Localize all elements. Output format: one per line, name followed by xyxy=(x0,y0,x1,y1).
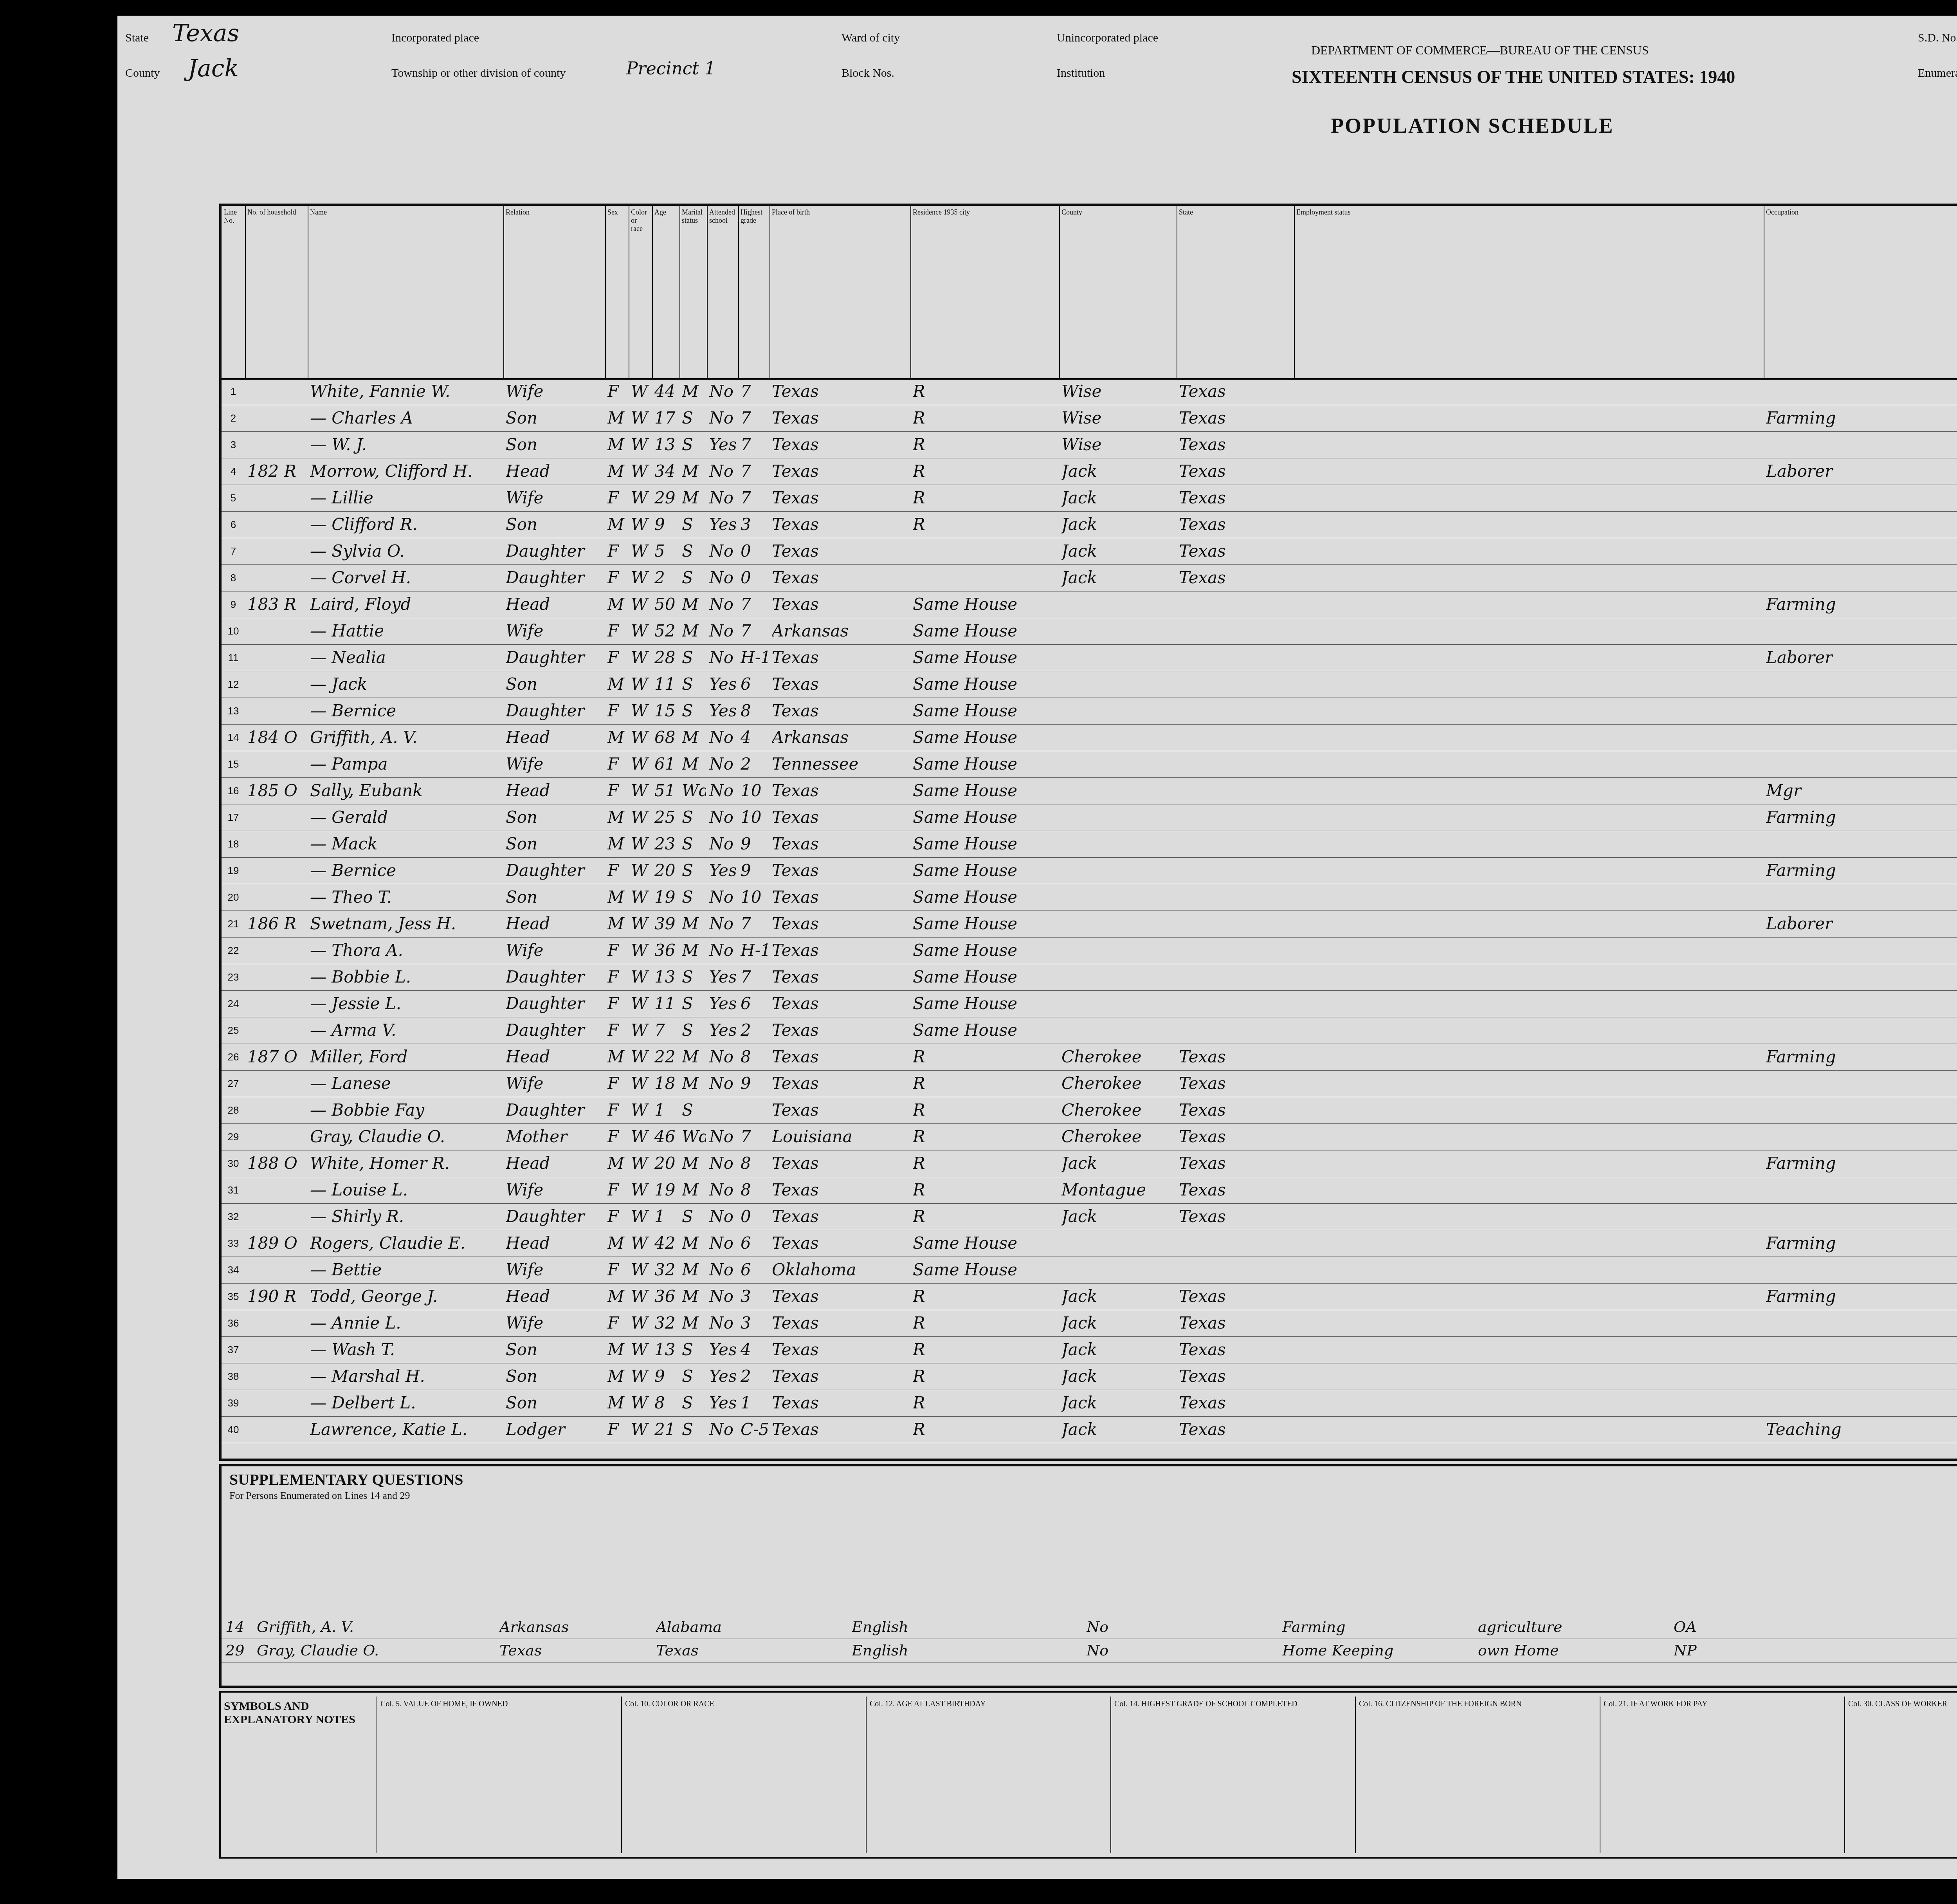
cell-relation: Wife xyxy=(506,618,604,644)
cell-name: — Bobbie Fay xyxy=(310,1097,503,1123)
cell-household: 184 O xyxy=(247,724,307,751)
cell-race: W xyxy=(631,1363,651,1390)
cell-res-city: R xyxy=(913,405,1058,431)
supp-cell-name: Gray, Claudie O. xyxy=(257,1639,492,1662)
line-number: 40 xyxy=(222,1416,245,1443)
cell-household xyxy=(247,1123,307,1150)
cell-school: Yes xyxy=(709,964,737,990)
cell-grade: 7 xyxy=(741,485,769,511)
cell-res-state xyxy=(1179,724,1293,751)
cell-birth: Texas xyxy=(772,1017,910,1044)
cell-sex: F xyxy=(607,1123,628,1150)
cell-name: — Lanese xyxy=(310,1070,503,1097)
cell-grade: 7 xyxy=(741,405,769,431)
cell-relation: Wife xyxy=(506,1177,604,1203)
cell-grade: 8 xyxy=(741,1150,769,1177)
ward-label: Ward of city xyxy=(842,31,900,45)
cell-marital: S xyxy=(682,1363,706,1390)
cell-household xyxy=(247,1017,307,1044)
cell-res-state: Texas xyxy=(1179,1203,1293,1230)
cell-school: No xyxy=(709,538,737,564)
cell-occupation xyxy=(1766,831,1957,857)
cell-res-state: Texas xyxy=(1179,485,1293,511)
column-headers: Line No. No. of household Name Relation … xyxy=(222,206,1957,380)
cell-household xyxy=(247,884,307,911)
cell-birth: Texas xyxy=(772,831,910,857)
cell-sex: M xyxy=(607,1150,628,1177)
cell-race: W xyxy=(631,1283,651,1310)
cell-res-state: Texas xyxy=(1179,1123,1293,1150)
cell-household xyxy=(247,831,307,857)
supplementary-section: SUPPLEMENTARY QUESTIONS For Persons Enum… xyxy=(219,1464,1957,1688)
cell-grade: 1 xyxy=(741,1390,769,1416)
cell-res-county: Jack xyxy=(1061,538,1176,564)
cell-sex: M xyxy=(607,1336,628,1363)
cell-birth: Texas xyxy=(772,485,910,511)
supp-cell-occupation: Farming xyxy=(1282,1615,1478,1639)
cell-birth: Texas xyxy=(772,1070,910,1097)
institution-label: Institution xyxy=(1057,67,1105,80)
cell-occupation: Laborer xyxy=(1766,458,1957,485)
explanatory-notes: SYMBOLS AND EXPLANATORY NOTES Col. 5. VA… xyxy=(219,1691,1957,1859)
cell-sex: F xyxy=(607,777,628,804)
cell-marital: M xyxy=(682,751,706,777)
table-row: 28— Bobbie FayDaughterFW1STexasRCherokee… xyxy=(222,1097,1957,1124)
cell-res-county xyxy=(1061,937,1176,964)
cell-sex: F xyxy=(607,937,628,964)
cell-birth: Oklahoma xyxy=(772,1257,910,1283)
cell-res-state: Texas xyxy=(1179,431,1293,458)
cell-race: W xyxy=(631,911,651,937)
cell-res-state xyxy=(1179,591,1293,618)
cell-grade: 0 xyxy=(741,564,769,591)
cell-res-city: R xyxy=(913,1123,1058,1150)
line-number: 15 xyxy=(222,751,245,777)
cell-occupation: Farming xyxy=(1766,857,1957,884)
cell-relation: Wife xyxy=(506,1257,604,1283)
cell-age: 29 xyxy=(654,485,679,511)
cell-household xyxy=(247,538,307,564)
cell-household xyxy=(247,1336,307,1363)
cell-occupation xyxy=(1766,1390,1957,1416)
cell-res-county xyxy=(1061,990,1176,1017)
cell-grade: H-1 xyxy=(741,644,769,671)
cell-relation: Daughter xyxy=(506,857,604,884)
cell-grade: 6 xyxy=(741,671,769,698)
cell-race: W xyxy=(631,671,651,698)
cell-res-city: Same House xyxy=(913,964,1058,990)
cell-relation: Daughter xyxy=(506,644,604,671)
cell-school: Yes xyxy=(709,1336,737,1363)
line-number: 7 xyxy=(222,538,245,564)
cell-grade: 9 xyxy=(741,857,769,884)
cell-birth: Texas xyxy=(772,1283,910,1310)
cell-grade: 4 xyxy=(741,1336,769,1363)
line-number: 35 xyxy=(222,1283,245,1310)
cell-relation: Wife xyxy=(506,378,604,405)
cell-grade: 6 xyxy=(741,1257,769,1283)
cell-sex: M xyxy=(607,511,628,538)
table-row: 31— Louise L.WifeFW19MNo8TexasRMontagueT… xyxy=(222,1177,1957,1204)
cell-grade: 7 xyxy=(741,431,769,458)
cell-age: 32 xyxy=(654,1257,679,1283)
cell-res-county xyxy=(1061,804,1176,831)
cell-relation: Head xyxy=(506,1150,604,1177)
table-row: 1White, Fannie W.WifeFW44MNo7TexasRWiseT… xyxy=(222,378,1957,405)
table-row: 23— Bobbie L.DaughterFW13SYes7TexasSame … xyxy=(222,964,1957,991)
line-number: 11 xyxy=(222,644,245,671)
cell-birth: Texas xyxy=(772,1177,910,1203)
cell-res-state: Texas xyxy=(1179,511,1293,538)
cell-race: W xyxy=(631,1044,651,1070)
cell-marital: S xyxy=(682,1017,706,1044)
cell-school: No xyxy=(709,751,737,777)
cell-sex: F xyxy=(607,1416,628,1443)
line-number: 27 xyxy=(222,1070,245,1097)
cell-marital: M xyxy=(682,724,706,751)
cell-grade: 10 xyxy=(741,777,769,804)
cell-marital: S xyxy=(682,964,706,990)
line-number: 17 xyxy=(222,804,245,831)
line-number: 18 xyxy=(222,831,245,857)
line-number: 1 xyxy=(222,378,245,405)
cell-birth: Texas xyxy=(772,884,910,911)
cell-name: — Pampa xyxy=(310,751,503,777)
cell-relation: Head xyxy=(506,1230,604,1257)
cell-marital: M xyxy=(682,1257,706,1283)
col-occupation: Occupation xyxy=(1764,206,1957,219)
note-block: Col. 21. IF AT WORK FOR PAY xyxy=(1600,1697,1845,1853)
cell-name: Sally, Eubank xyxy=(310,777,503,804)
table-row: 12— JackSonMW11SYes6TexasSame House xyxy=(222,671,1957,698)
cell-name: Gray, Claudie O. xyxy=(310,1123,503,1150)
cell-age: 21 xyxy=(654,1416,679,1443)
cell-res-state: Texas xyxy=(1179,1070,1293,1097)
cell-res-city: Same House xyxy=(913,911,1058,937)
cell-grade: 2 xyxy=(741,1017,769,1044)
cell-birth: Texas xyxy=(772,564,910,591)
cell-name: — Gerald xyxy=(310,804,503,831)
cell-name: — Hattie xyxy=(310,618,503,644)
cell-occupation: Farming xyxy=(1766,591,1957,618)
cell-birth: Tennessee xyxy=(772,751,910,777)
cell-res-county: Jack xyxy=(1061,485,1176,511)
cell-household xyxy=(247,1070,307,1097)
cell-grade: 3 xyxy=(741,1310,769,1336)
cell-relation: Son xyxy=(506,671,604,698)
cell-name: — Bernice xyxy=(310,857,503,884)
line-number: 23 xyxy=(222,964,245,990)
cell-res-city: Same House xyxy=(913,990,1058,1017)
cell-name: Swetnam, Jess H. xyxy=(310,911,503,937)
cell-res-county: Jack xyxy=(1061,1203,1176,1230)
cell-sex: M xyxy=(607,911,628,937)
cell-relation: Daughter xyxy=(506,990,604,1017)
cell-res-state xyxy=(1179,804,1293,831)
cell-race: W xyxy=(631,857,651,884)
cell-grade: 0 xyxy=(741,538,769,564)
cell-res-state xyxy=(1179,1017,1293,1044)
cell-res-state: Texas xyxy=(1179,1044,1293,1070)
cell-relation: Wife xyxy=(506,751,604,777)
cell-race: W xyxy=(631,1230,651,1257)
line-number: 8 xyxy=(222,564,245,591)
cell-res-state xyxy=(1179,831,1293,857)
cell-grade: 6 xyxy=(741,1230,769,1257)
cell-birth: Texas xyxy=(772,1390,910,1416)
cell-relation: Son xyxy=(506,1336,604,1363)
cell-household: 183 R xyxy=(247,591,307,618)
cell-birth: Texas xyxy=(772,1044,910,1070)
cell-occupation xyxy=(1766,724,1957,751)
line-number: 24 xyxy=(222,990,245,1017)
cell-occupation xyxy=(1766,511,1957,538)
cell-grade: H-1 xyxy=(741,937,769,964)
cell-occupation xyxy=(1766,1363,1957,1390)
cell-res-county: Cherokee xyxy=(1061,1097,1176,1123)
cell-name: — Clifford R. xyxy=(310,511,503,538)
cell-household: 186 R xyxy=(247,911,307,937)
cell-age: 51 xyxy=(654,777,679,804)
table-row: 38— Marshal H.SonMW9SYes2TexasRJackTexas xyxy=(222,1363,1957,1390)
cell-res-state xyxy=(1179,644,1293,671)
cell-res-county: Wise xyxy=(1061,431,1176,458)
cell-res-county xyxy=(1061,777,1176,804)
cell-sex: M xyxy=(607,405,628,431)
cell-household xyxy=(247,1416,307,1443)
cell-race: W xyxy=(631,1150,651,1177)
state-label: State xyxy=(125,31,149,45)
cell-grade: 3 xyxy=(741,511,769,538)
cell-school: No xyxy=(709,804,737,831)
cell-sex: F xyxy=(607,990,628,1017)
cell-age: 13 xyxy=(654,964,679,990)
cell-res-county: Jack xyxy=(1061,1416,1176,1443)
cell-relation: Head xyxy=(506,911,604,937)
cell-marital: S xyxy=(682,857,706,884)
supp-cell-mother-birth: Alabama xyxy=(656,1615,813,1639)
cell-res-county: Jack xyxy=(1061,564,1176,591)
cell-household xyxy=(247,1257,307,1283)
cell-race: W xyxy=(631,804,651,831)
cell-relation: Son xyxy=(506,431,604,458)
cell-age: 18 xyxy=(654,1070,679,1097)
cell-name: — Charles A xyxy=(310,405,503,431)
line-number: 25 xyxy=(222,1017,245,1044)
cell-household xyxy=(247,671,307,698)
table-row: 36— Annie L.WifeFW32MNo3TexasRJackTexas xyxy=(222,1310,1957,1337)
table-row: 14184 OGriffith, A. V.HeadMW68MNo4Arkans… xyxy=(222,724,1957,751)
cell-school: Yes xyxy=(709,431,737,458)
cell-race: W xyxy=(631,777,651,804)
cell-school: Yes xyxy=(709,857,737,884)
cell-grade: 2 xyxy=(741,1363,769,1390)
line-number: 16 xyxy=(222,777,245,804)
cell-sex: F xyxy=(607,1177,628,1203)
cell-occupation: Teaching xyxy=(1766,1416,1957,1443)
cell-age: 23 xyxy=(654,831,679,857)
cell-name: — Marshal H. xyxy=(310,1363,503,1390)
col-marital: Marital status xyxy=(679,206,707,227)
cell-birth: Texas xyxy=(772,671,910,698)
cell-age: 13 xyxy=(654,1336,679,1363)
col-res-state: State xyxy=(1177,206,1294,219)
line-number: 6 xyxy=(222,511,245,538)
line-number: 39 xyxy=(222,1390,245,1416)
cell-race: W xyxy=(631,1123,651,1150)
table-row: 24— Jessie L.DaughterFW11SYes6TexasSame … xyxy=(222,990,1957,1017)
line-number: 14 xyxy=(222,724,245,751)
county-label: County xyxy=(125,67,160,80)
cell-birth: Texas xyxy=(772,990,910,1017)
cell-grade: 2 xyxy=(741,751,769,777)
table-row: 26187 OMiller, FordHeadMW22MNo8TexasRChe… xyxy=(222,1044,1957,1071)
cell-age: 36 xyxy=(654,1283,679,1310)
cell-age: 25 xyxy=(654,804,679,831)
cell-name: Griffith, A. V. xyxy=(310,724,503,751)
cell-res-state xyxy=(1179,698,1293,724)
cell-res-state: Texas xyxy=(1179,1310,1293,1336)
cell-relation: Daughter xyxy=(506,1203,604,1230)
cell-school: Yes xyxy=(709,1017,737,1044)
cell-res-state xyxy=(1179,990,1293,1017)
table-row: 33189 ORogers, Claudie E.HeadMW42MNo6Tex… xyxy=(222,1230,1957,1257)
cell-school: No xyxy=(709,644,737,671)
cell-occupation: Laborer xyxy=(1766,644,1957,671)
cell-grade: 6 xyxy=(741,990,769,1017)
cell-marital: M xyxy=(682,937,706,964)
table-row: 15— PampaWifeFW61MNo2TennesseeSame House xyxy=(222,751,1957,778)
cell-grade: 7 xyxy=(741,591,769,618)
table-row: 18— MackSonMW23SNo9TexasSame House xyxy=(222,831,1957,858)
cell-res-state: Texas xyxy=(1179,1390,1293,1416)
cell-res-county: Jack xyxy=(1061,1310,1176,1336)
cell-birth: Arkansas xyxy=(772,618,910,644)
cell-res-state: Texas xyxy=(1179,1336,1293,1363)
cell-birth: Texas xyxy=(772,1310,910,1336)
cell-res-city: R xyxy=(913,1177,1058,1203)
cell-household: 182 R xyxy=(247,458,307,485)
cell-res-state: Texas xyxy=(1179,405,1293,431)
cell-relation: Daughter xyxy=(506,698,604,724)
cell-household xyxy=(247,964,307,990)
cell-household xyxy=(247,431,307,458)
cell-sex: M xyxy=(607,1363,628,1390)
cell-relation: Daughter xyxy=(506,538,604,564)
cell-occupation xyxy=(1766,564,1957,591)
cell-res-city: R xyxy=(913,1150,1058,1177)
supplementary-subtitle: For Persons Enumerated on Lines 14 and 2… xyxy=(229,1490,410,1502)
cell-household: 185 O xyxy=(247,777,307,804)
cell-occupation xyxy=(1766,1177,1957,1203)
line-number: 20 xyxy=(222,884,245,911)
cell-sex: F xyxy=(607,857,628,884)
cell-household xyxy=(247,1177,307,1203)
cell-sex: F xyxy=(607,1017,628,1044)
line-number: 9 xyxy=(222,591,245,618)
cell-school: No xyxy=(709,724,737,751)
cell-race: W xyxy=(631,884,651,911)
cell-res-city: Same House xyxy=(913,1257,1058,1283)
cell-relation: Head xyxy=(506,458,604,485)
table-row: 25— Arma V.DaughterFW7SYes2TexasSame Hou… xyxy=(222,1017,1957,1044)
cell-sex: F xyxy=(607,485,628,511)
supp-cell-veteran: No xyxy=(1087,1615,1165,1639)
cell-sex: M xyxy=(607,1230,628,1257)
cell-age: 1 xyxy=(654,1203,679,1230)
cell-res-city: Same House xyxy=(913,937,1058,964)
cell-res-city: R xyxy=(913,1097,1058,1123)
cell-sex: M xyxy=(607,458,628,485)
cell-res-state xyxy=(1179,911,1293,937)
cell-grade: 7 xyxy=(741,964,769,990)
table-row: 13— BerniceDaughterFW15SYes8TexasSame Ho… xyxy=(222,698,1957,725)
cell-race: W xyxy=(631,511,651,538)
cell-school: No xyxy=(709,1416,737,1443)
cell-res-state: Texas xyxy=(1179,538,1293,564)
cell-marital: M xyxy=(682,1310,706,1336)
cell-relation: Mother xyxy=(506,1123,604,1150)
cell-res-county xyxy=(1061,831,1176,857)
cell-birth: Texas xyxy=(772,405,910,431)
cell-relation: Wife xyxy=(506,1310,604,1336)
cell-relation: Head xyxy=(506,1044,604,1070)
cell-sex: M xyxy=(607,831,628,857)
supp-cell-mother-birth: Texas xyxy=(656,1639,813,1662)
line-number: 28 xyxy=(222,1097,245,1123)
cell-marital: M xyxy=(682,1230,706,1257)
line-number: 21 xyxy=(222,911,245,937)
cell-relation: Daughter xyxy=(506,964,604,990)
cell-sex: M xyxy=(607,724,628,751)
cell-grade: 9 xyxy=(741,1070,769,1097)
cell-race: W xyxy=(631,644,651,671)
cell-occupation xyxy=(1766,1123,1957,1150)
table-row: 10— HattieWifeFW52MNo7ArkansasSame House xyxy=(222,618,1957,645)
cell-marital: S xyxy=(682,1336,706,1363)
cell-grade: C-5 xyxy=(741,1416,769,1443)
cell-sex: F xyxy=(607,1097,628,1123)
table-row: 34— BettieWifeFW32MNo6OklahomaSame House xyxy=(222,1257,1957,1284)
cell-birth: Texas xyxy=(772,378,910,405)
cell-age: 9 xyxy=(654,1363,679,1390)
cell-household: 189 O xyxy=(247,1230,307,1257)
cell-grade: 0 xyxy=(741,1203,769,1230)
cell-age: 20 xyxy=(654,857,679,884)
cell-name: — Arma V. xyxy=(310,1017,503,1044)
cell-household: 187 O xyxy=(247,1044,307,1070)
cell-age: 19 xyxy=(654,1177,679,1203)
col-race: Color or race xyxy=(629,206,652,235)
cell-name: — Bernice xyxy=(310,698,503,724)
cell-race: W xyxy=(631,1416,651,1443)
cell-race: W xyxy=(631,564,651,591)
cell-occupation xyxy=(1766,1336,1957,1363)
cell-res-city: R xyxy=(913,1390,1058,1416)
cell-res-county xyxy=(1061,884,1176,911)
cell-sex: M xyxy=(607,431,628,458)
cell-sex: F xyxy=(607,1070,628,1097)
cell-occupation xyxy=(1766,937,1957,964)
cell-relation: Son xyxy=(506,831,604,857)
table-row: 27— LaneseWifeFW18MNo9TexasRCherokeeTexa… xyxy=(222,1070,1957,1097)
cell-race: W xyxy=(631,538,651,564)
cell-age: 19 xyxy=(654,884,679,911)
cell-res-county: Wise xyxy=(1061,378,1176,405)
cell-res-city xyxy=(913,538,1058,564)
cell-res-county xyxy=(1061,698,1176,724)
cell-relation: Son xyxy=(506,884,604,911)
